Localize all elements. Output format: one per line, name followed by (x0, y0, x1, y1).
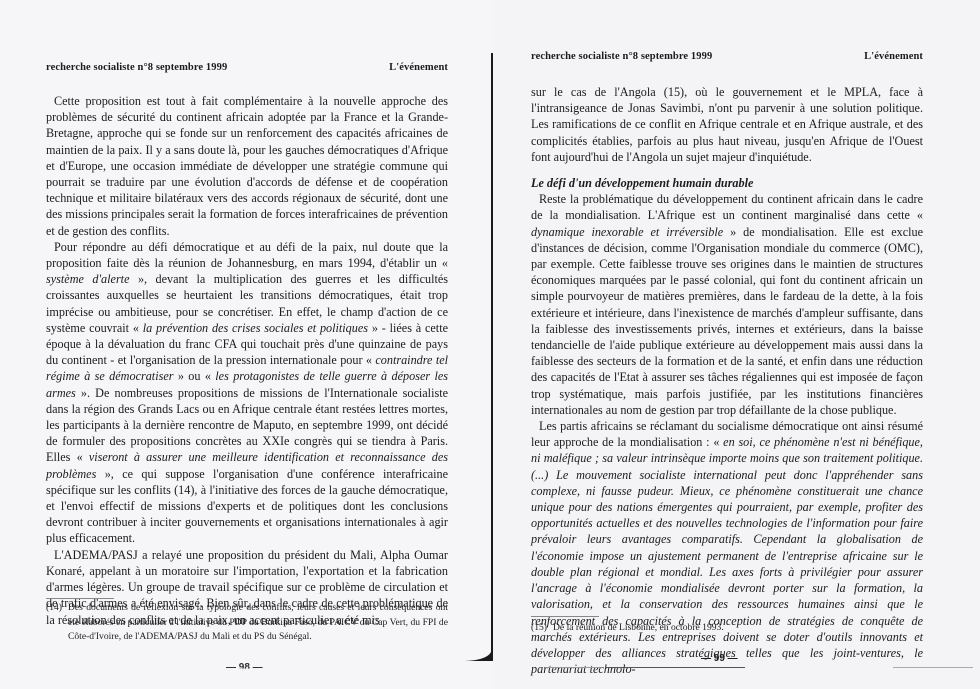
footnote-number: (15) (531, 621, 547, 636)
body-text: Cette proposition est tout à fait complé… (46, 93, 448, 628)
footnote-15: (15) De la réunion de Lisbonne, en octob… (531, 621, 923, 636)
right-page: recherche socialiste n°8 septembre 1999 … (493, 0, 980, 689)
footnote-divider (46, 598, 114, 599)
footnote-text: Des documents de réflexion sur la typolo… (68, 601, 448, 645)
journal-title: recherche socialiste n°8 septembre 1999 (531, 51, 712, 62)
page-number: — 98 — (226, 662, 263, 673)
footnote-number: (14) (46, 601, 62, 645)
page-number: — 99 — (701, 653, 738, 664)
footnote-divider (531, 616, 599, 617)
paragraph: Reste la problématique du développement … (531, 191, 923, 418)
scan-artifact-line (605, 667, 745, 668)
journal-title: recherche socialiste n°8 septembre 1999 (46, 62, 227, 73)
left-page: recherche socialiste n°8 septembre 1999 … (0, 0, 492, 689)
footnote-text: De la réunion de Lisbonne, en octobre 19… (553, 621, 923, 636)
running-head: recherche socialiste n°8 septembre 1999 … (531, 51, 923, 62)
scan-artifact-line (545, 667, 600, 668)
section-name: L'événement (864, 51, 923, 62)
paragraph: Les partis africains se réclamant du soc… (531, 418, 923, 677)
paragraph: Cette proposition est tout à fait complé… (46, 93, 448, 239)
body-text: sur le cas de l'Angola (15), où le gouve… (531, 84, 923, 677)
paragraph: sur le cas de l'Angola (15), où le gouve… (531, 84, 923, 165)
section-name: L'événement (389, 62, 448, 73)
section-heading: Le défi d'un développement humain durabl… (531, 175, 923, 191)
footnote-14: (14) Des documents de réflexion sur la t… (46, 601, 448, 645)
running-head: recherche socialiste n°8 septembre 1999 … (46, 62, 448, 73)
paragraph: Pour répondre au défi démocratique et au… (46, 239, 448, 547)
scan-artifact-line (893, 667, 973, 668)
